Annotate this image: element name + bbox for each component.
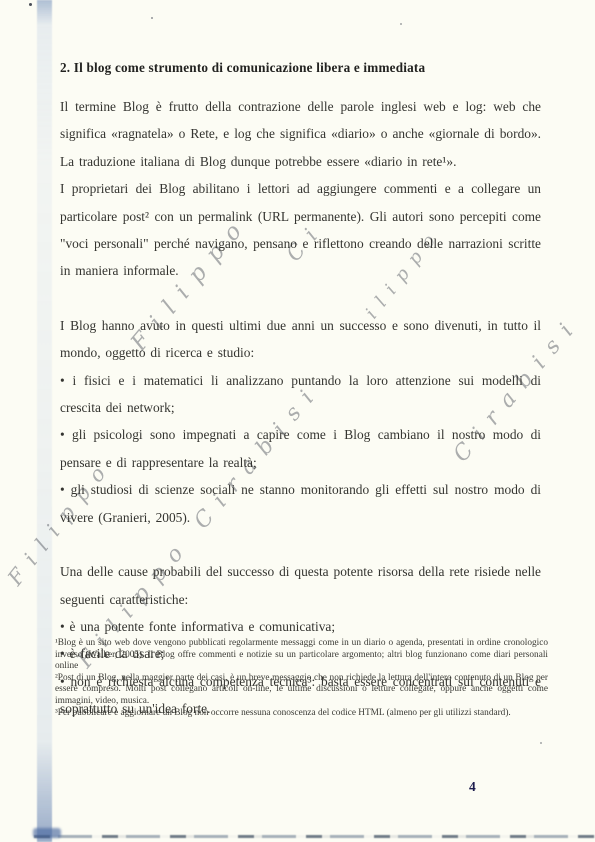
footnotes-block: ¹Blog è un sito web dove vengono pubblic… bbox=[55, 638, 548, 719]
scan-noise-speck bbox=[151, 17, 153, 19]
paragraph-blog-definition: Il termine Blog è frutto della contrazio… bbox=[60, 93, 541, 175]
paragraph-research-intro: I Blog hanno avuto in questi ultimi due … bbox=[60, 312, 541, 367]
scan-noise-speck bbox=[29, 3, 32, 6]
footnote-2: ²Post di un Blog, nella maggior parte de… bbox=[55, 673, 548, 708]
paragraph-success-intro: Una delle cause probabili del successo d… bbox=[60, 558, 541, 613]
footnote-1: ¹Blog è un sito web dove vengono pubblic… bbox=[55, 638, 548, 673]
scan-edge-artifact-left bbox=[37, 0, 52, 842]
footnote-3: ³Per pubblicare e aggiornare un Blog non… bbox=[55, 708, 548, 720]
bullet-item-physicists: • i fisici e i matematici li analizzano … bbox=[60, 367, 541, 422]
scan-noise-speck bbox=[400, 23, 402, 25]
scan-edge-artifact-bottom-left bbox=[33, 828, 61, 838]
bullet-item-social-scientists: • gli studiosi di scienze sociali ne sta… bbox=[60, 476, 541, 531]
section-heading: 2. Il blog come strumento di comunicazio… bbox=[60, 60, 541, 76]
scan-noise-speck bbox=[540, 742, 542, 744]
bullet-item-psychologists: • gli psicologi sono impegnati a capire … bbox=[60, 421, 541, 476]
scan-edge-artifact-bottom bbox=[34, 835, 595, 838]
scanned-document-page: Filippo Ci Cirabisi Filippo Filippo Cira… bbox=[0, 0, 595, 842]
paragraph-blog-owners: I proprietari dei Blog abilitano i letto… bbox=[60, 175, 541, 285]
page-number: 4 bbox=[469, 779, 476, 795]
document-body: 2. Il blog come strumento di comunicazio… bbox=[60, 60, 541, 723]
bullet-item-informative-source: • è una potente fonte informativa e comu… bbox=[60, 613, 541, 640]
